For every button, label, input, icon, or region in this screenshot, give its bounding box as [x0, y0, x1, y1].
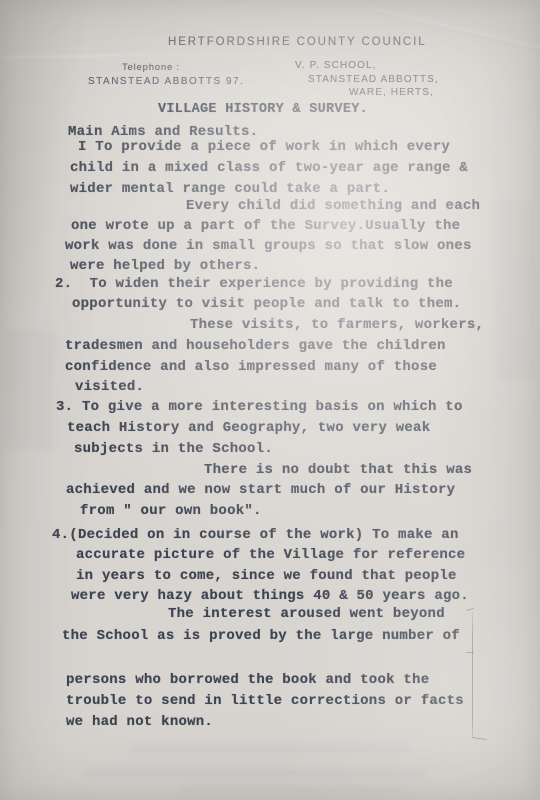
paper-seam-tick — [466, 652, 474, 653]
typed-line: persons who borrowed the book and took t… — [66, 673, 429, 688]
typed-line: I To provide a piece of work in which ev… — [78, 140, 450, 155]
ink-ghost — [130, 744, 410, 753]
typed-line: Main Aims and Results. — [68, 125, 258, 140]
typed-line: work was done in small groups so that sl… — [65, 239, 472, 254]
typed-line: the School as is proved by the large num… — [62, 629, 460, 644]
paper-seam-vertical — [472, 612, 473, 738]
typed-line: we had not known. — [66, 715, 213, 730]
typed-line: were helped by others. — [70, 259, 260, 274]
typed-line: tradesmen and householders gave the chil… — [65, 339, 446, 354]
typed-line: confidence and also impressed many of th… — [65, 360, 437, 375]
telephone-number: STANSTEAD ABBOTTS 97. — [88, 76, 244, 87]
typed-line: accurate picture of the Village for refe… — [76, 548, 465, 563]
typed-line: achieved and we now start much of our Hi… — [66, 483, 455, 498]
typed-line: Every child did something and each — [186, 199, 480, 214]
typed-line: 4.(Decided on in course of the work) To … — [52, 528, 459, 543]
typed-line: opportunity to visit people and talk to … — [72, 297, 461, 312]
school-name: V. P. SCHOOL, — [295, 60, 377, 71]
document-title: VILLAGE HISTORY & SURVEY. — [158, 102, 368, 117]
typed-line: teach History and Geography, two very we… — [67, 421, 430, 436]
typed-line: There is no doubt that this was — [204, 463, 472, 478]
paper-seam-top — [466, 608, 474, 611]
ink-ghost — [6, 330, 54, 450]
typed-line: The interest aroused went beyond — [168, 607, 445, 622]
ink-ghost — [180, 786, 400, 794]
typed-line: one wrote up a part of the Survey.Usuall… — [71, 219, 460, 234]
ink-ghost — [495, 200, 535, 380]
school-town: WARE, HERTS, — [349, 87, 434, 98]
paper-crease — [370, 8, 540, 57]
telephone-label: Telephone : — [122, 62, 180, 73]
typed-line: subjects in the School. — [74, 442, 273, 457]
typed-line: 3. To give a more interesting basis on w… — [56, 400, 463, 415]
typed-line: were very hazy about things 40 & 50 year… — [71, 589, 469, 604]
typed-line: trouble to send in little corrections or… — [66, 694, 464, 709]
document-photo: HERTFORDSHIRE COUNTY COUNCIL Telephone :… — [0, 0, 540, 800]
typed-line: in years to come, since we found that pe… — [76, 569, 457, 584]
typed-line: These visits, to farmers, workers, — [190, 318, 484, 333]
ink-ghost — [85, 768, 425, 777]
paper-crease — [0, 52, 280, 59]
typed-line: from " our own book". — [80, 504, 262, 519]
typed-line: child in a mixed class of two-year age r… — [70, 161, 468, 176]
council-name: HERTFORDSHIRE COUNTY COUNCIL — [168, 36, 427, 48]
typed-line: visited. — [75, 380, 144, 395]
paper-seam-bottom — [472, 737, 487, 740]
typed-line: 2. To widen their experience by providin… — [55, 277, 453, 292]
school-address: STANSTEAD ABBOTTS, — [308, 74, 439, 85]
typed-line: wider mental range could take a part. — [70, 182, 390, 197]
